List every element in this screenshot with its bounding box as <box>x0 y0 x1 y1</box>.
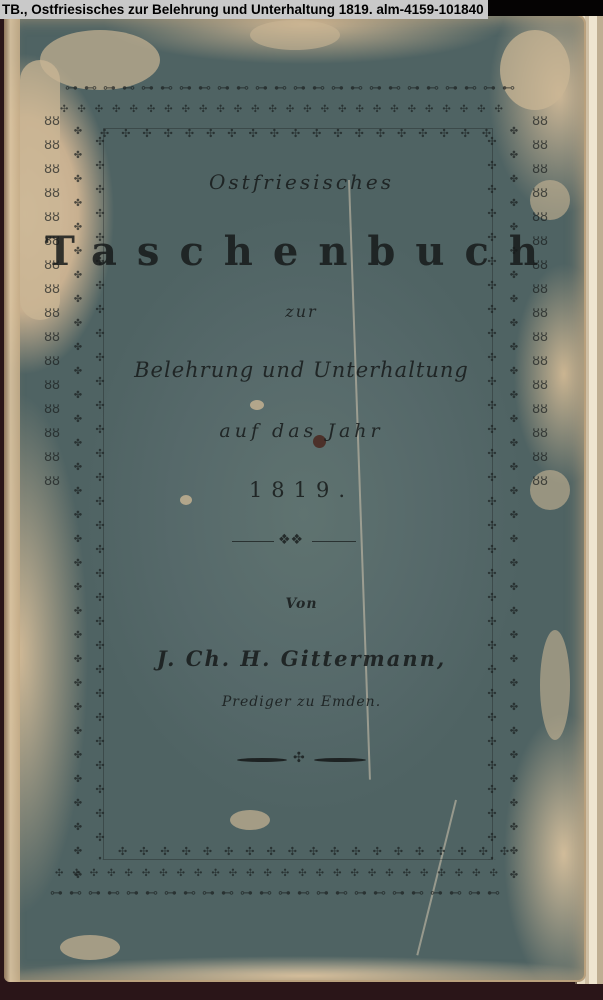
bottom-border-row-inner: ✣✣✣✣✣✣✣✣✣✣✣✣✣✣✣✣✣✣✣✣✣✣✣✣✣✣ <box>118 845 518 859</box>
title-zur: zur <box>0 302 603 321</box>
title-belehrung: Belehrung und Unterhaltung <box>0 358 603 382</box>
author-name: J. Ch. H. Gittermann, <box>0 646 603 671</box>
image-caption: TB., Ostfriesisches zur Belehrung und Un… <box>0 0 488 19</box>
caption-background <box>486 0 603 16</box>
title-taschenbuch: Taschenbuch <box>0 228 603 275</box>
top-border-row-middle: ✣✣✣✣✣✣✣✣✣✣✣✣✣✣✣✣✣✣✣✣✣✣✣✣✣✣ <box>60 103 530 117</box>
divider-line-right <box>312 541 356 542</box>
floral-divider-icon: ❖❖ <box>278 532 303 548</box>
author-position: Prediger zu Emden. <box>0 694 603 710</box>
top-border-row-inner: ✣✣✣✣✣✣✣✣✣✣✣✣✣✣✣✣✣✣✣✣✣✣✣✣✣✣ <box>100 127 500 141</box>
cross-ornament-icon: ✣ <box>293 750 305 766</box>
wear-spot <box>60 935 120 960</box>
leaf-ornament-right <box>314 758 366 762</box>
wear-spot <box>500 30 570 110</box>
bottom-border-row-outer: ⊶⊷⊶⊷⊶⊷⊶⊷⊶⊷⊶⊷⊶⊷⊶⊷⊶⊷⊶⊷⊶⊷⊶⊷ <box>50 887 540 901</box>
title-year: 1819. <box>0 478 603 502</box>
byline-von: Von <box>0 596 603 612</box>
wear-spot <box>250 20 340 50</box>
bottom-border-row-middle: ✣✣✣✣✣✣✣✣✣✣✣✣✣✣✣✣✣✣✣✣✣✣✣✣✣✣ <box>55 867 535 881</box>
divider-line-left <box>232 541 274 542</box>
leaf-ornament-left <box>237 758 287 762</box>
top-border-row-outer: ⊶⊷⊶⊷⊶⊷⊶⊷⊶⊷⊶⊷⊶⊷⊶⊷⊶⊷⊶⊷⊶⊷⊶⊷ <box>65 82 525 96</box>
title-auf-das-jahr: auf das Jahr <box>0 420 603 442</box>
title-ostfriesisches: Ostfriesisches <box>0 170 603 194</box>
